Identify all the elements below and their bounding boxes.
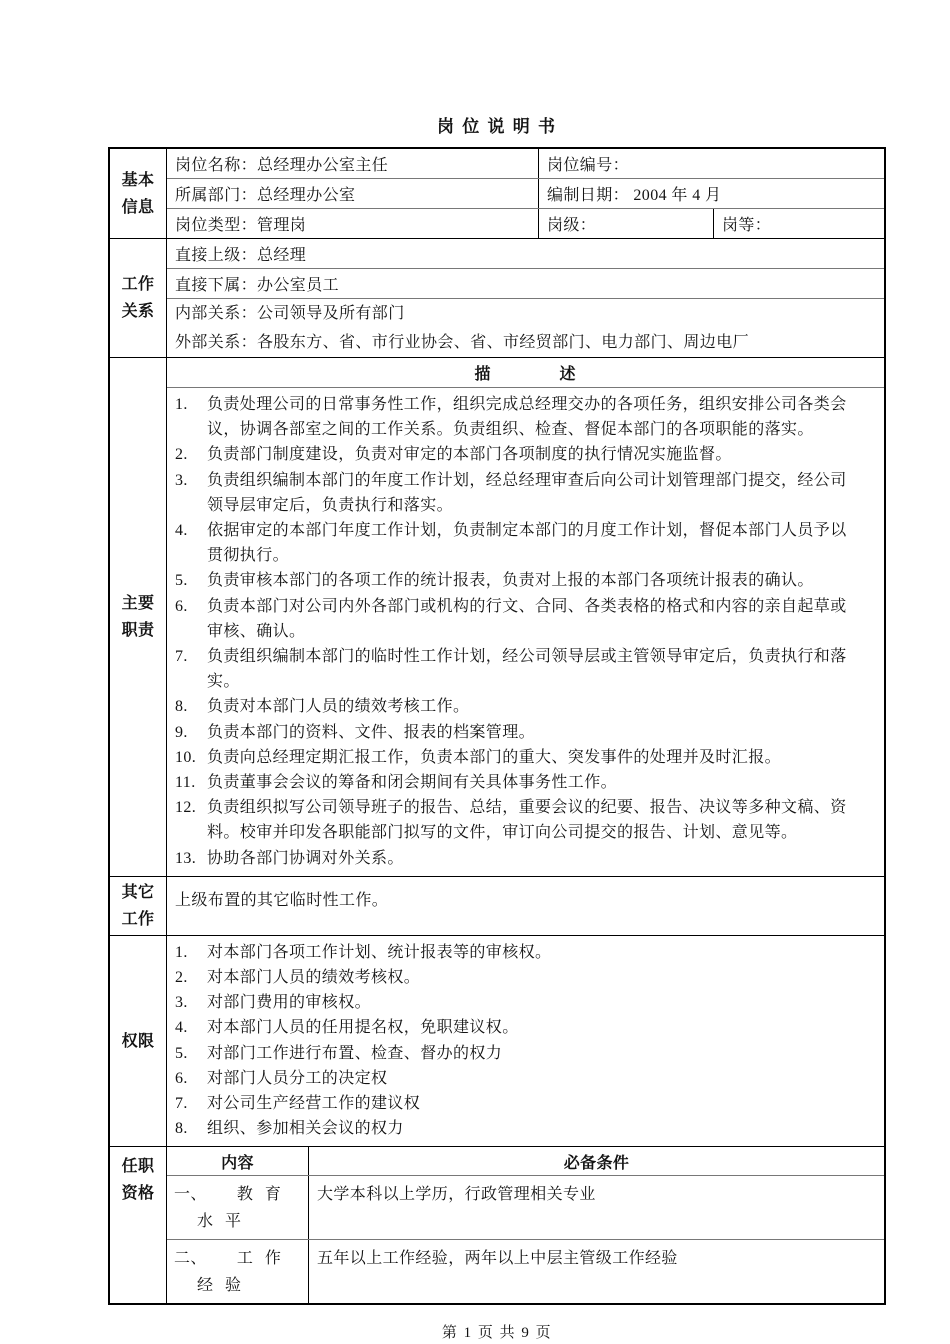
section-work-relations: 工作关系 直接上级：总经理 直接下属：办公室员工 内部关系：公司领导及所有部门 … bbox=[110, 239, 884, 358]
permission-item-text: 对部门人员分工的决定权 bbox=[207, 1066, 858, 1091]
qualification-requirement: 五年以上工作经验，两年以上中层主管级工作经验 bbox=[309, 1240, 884, 1303]
duty-item-number: 12. bbox=[167, 795, 207, 845]
section-basic-info: 基本信息 岗位名称：总经理办公室主任 岗位编号： 所属部门：总经理办公室 编制日… bbox=[110, 149, 884, 239]
relation-row: 直接上级：总经理 bbox=[167, 239, 884, 269]
duty-item-text: 依据审定的本部门年度工作计划，负责制定本部门的月度工作计划，督促本部门人员予以贯… bbox=[207, 518, 858, 568]
page-number: 第 1 页 共 9 页 bbox=[108, 1321, 886, 1342]
qualification-term-text: 教 育 水 平 bbox=[197, 1186, 285, 1230]
permission-item-text: 对本部门各项工作计划、统计报表等的审核权。 bbox=[207, 940, 858, 965]
duty-item-number: 11. bbox=[167, 770, 207, 795]
duty-item-text: 负责部门制度建设，负责对审定的本部门各项制度的执行情况实施监督。 bbox=[207, 442, 858, 467]
qualification-number: 一、 bbox=[174, 1186, 207, 1203]
permission-item-number: 6. bbox=[167, 1066, 207, 1091]
qualifications-header-row: 内容 必备条件 bbox=[167, 1147, 884, 1176]
permission-item-number: 3. bbox=[167, 990, 207, 1015]
duty-item-number: 1. bbox=[167, 392, 207, 442]
duty-item-number: 7. bbox=[167, 644, 207, 694]
duty-item: 8.负责对本部门人员的绩效考核工作。 bbox=[167, 694, 858, 719]
permission-item-number: 1. bbox=[167, 940, 207, 965]
qualifications-requirement-header: 必备条件 bbox=[309, 1147, 884, 1175]
duty-item: 10.负责向总经理定期汇报工作，负责本部门的重大、突发事件的处理并及时汇报。 bbox=[167, 745, 858, 770]
duty-item: 11.负责董事会会议的筹备和闭会期间有关具体事务性工作。 bbox=[167, 770, 858, 795]
permission-item: 3.对部门费用的审核权。 bbox=[167, 990, 858, 1015]
qualification-term-cell: 二、工 作 经 验 bbox=[167, 1240, 309, 1303]
field-position-grade: 岗级： bbox=[539, 209, 714, 238]
permission-item-text: 对公司生产经营工作的建议权 bbox=[207, 1091, 858, 1116]
duty-item-number: 10. bbox=[167, 745, 207, 770]
permission-item: 2.对本部门人员的绩效考核权。 bbox=[167, 965, 858, 990]
qualification-number: 二、 bbox=[174, 1250, 207, 1267]
duty-item: 5.负责审核本部门的各项工作的统计报表，负责对上报的本部门各项统计报表的确认。 bbox=[167, 568, 858, 593]
field-internal-relations: 内部关系：公司领导及所有部门 bbox=[175, 299, 876, 328]
permission-item-text: 对本部门人员的任用提名权，免职建议权。 bbox=[207, 1015, 858, 1040]
qualification-row: 二、工 作 经 验五年以上工作经验，两年以上中层主管级工作经验 bbox=[167, 1240, 884, 1303]
duty-item-number: 13. bbox=[167, 846, 207, 871]
section-label-other-work: 其它工作 bbox=[110, 877, 167, 935]
permission-item-text: 对部门工作进行布置、检查、督办的权力 bbox=[207, 1041, 858, 1066]
field-internal-external-relations: 内部关系：公司领导及所有部门 外部关系：各股东方、省、市行业协会、省、市经贸部门… bbox=[167, 299, 884, 357]
duty-item-text: 负责本部门对公司内外各部门或机构的行文、合同、各类表格的格式和内容的亲自起草或审… bbox=[207, 594, 858, 644]
basic-info-row: 所属部门：总经理办公室 编制日期： 2004 年 4 月 bbox=[167, 179, 884, 209]
document-page: 岗 位 说 明 书 基本信息 岗位名称：总经理办公室主任 岗位编号： 所属部门：… bbox=[0, 0, 950, 1342]
duty-item-number: 2. bbox=[167, 442, 207, 467]
permission-item: 7.对公司生产经营工作的建议权 bbox=[167, 1091, 858, 1116]
section-label-main-duties: 主要职责 bbox=[110, 358, 167, 876]
relation-row: 直接下属：办公室员工 bbox=[167, 269, 884, 299]
section-label-qualifications: 任职资格 bbox=[110, 1147, 167, 1303]
field-position-rank: 岗等： bbox=[714, 209, 884, 238]
permission-item: 5.对部门工作进行布置、检查、督办的权力 bbox=[167, 1041, 858, 1066]
section-main-duties: 主要职责 描 述 1.负责处理公司的日常事务性工作，组织完成总经理交办的各项任务… bbox=[110, 358, 884, 877]
main-duties-body: 描 述 1.负责处理公司的日常事务性工作，组织完成总经理交办的各项任务，组织安排… bbox=[167, 358, 884, 876]
field-position-name: 岗位名称：总经理办公室主任 bbox=[167, 149, 539, 178]
field-direct-superior: 直接上级：总经理 bbox=[167, 239, 884, 268]
field-external-relations: 外部关系：各股东方、省、市行业协会、省、市经贸部门、电力部门、周边电厂 bbox=[175, 328, 876, 357]
basic-info-body: 岗位名称：总经理办公室主任 岗位编号： 所属部门：总经理办公室 编制日期： 20… bbox=[167, 149, 884, 238]
section-permissions: 权限 1.对本部门各项工作计划、统计报表等的审核权。2.对本部门人员的绩效考核权… bbox=[110, 936, 884, 1148]
duty-item-text: 负责本部门的资料、文件、报表的档案管理。 bbox=[207, 720, 858, 745]
duty-item: 13.协助各部门协调对外关系。 bbox=[167, 846, 858, 871]
permission-item-number: 7. bbox=[167, 1091, 207, 1116]
permission-item: 1.对本部门各项工作计划、统计报表等的审核权。 bbox=[167, 940, 858, 965]
duty-item-text: 负责组织编制本部门的年度工作计划，经总经理审查后向公司计划管理部门提交，经公司领… bbox=[207, 468, 858, 518]
basic-info-row: 岗位名称：总经理办公室主任 岗位编号： bbox=[167, 149, 884, 179]
basic-info-row: 岗位类型：管理岗 岗级： 岗等： bbox=[167, 209, 884, 238]
qualification-requirement: 大学本科以上学历，行政管理相关专业 bbox=[309, 1176, 884, 1239]
duty-item: 6.负责本部门对公司内外各部门或机构的行文、合同、各类表格的格式和内容的亲自起草… bbox=[167, 594, 858, 644]
field-department: 所属部门：总经理办公室 bbox=[167, 179, 539, 208]
duty-item-number: 3. bbox=[167, 468, 207, 518]
permissions-list: 1.对本部门各项工作计划、统计报表等的审核权。2.对本部门人员的绩效考核权。3.… bbox=[167, 936, 884, 1147]
duties-description-header: 描 述 bbox=[167, 358, 884, 388]
duty-item: 12.负责组织拟写公司领导班子的报告、总结，重要会议的纪要、报告、决议等多种文稿… bbox=[167, 795, 858, 845]
duty-item: 2.负责部门制度建设，负责对审定的本部门各项制度的执行情况实施监督。 bbox=[167, 442, 858, 467]
qualifications-content-header: 内容 bbox=[167, 1147, 309, 1175]
duty-item-number: 8. bbox=[167, 694, 207, 719]
duty-item-text: 负责对本部门人员的绩效考核工作。 bbox=[207, 694, 858, 719]
qualifications-rows: 一、教 育 水 平大学本科以上学历，行政管理相关专业二、工 作 经 验五年以上工… bbox=[167, 1176, 884, 1303]
duty-item-number: 9. bbox=[167, 720, 207, 745]
duty-item-text: 负责董事会会议的筹备和闭会期间有关具体事务性工作。 bbox=[207, 770, 858, 795]
duty-item-text: 负责审核本部门的各项工作的统计报表，负责对上报的本部门各项统计报表的确认。 bbox=[207, 568, 858, 593]
duty-item-text: 协助各部门协调对外关系。 bbox=[207, 846, 858, 871]
permission-item: 4.对本部门人员的任用提名权，免职建议权。 bbox=[167, 1015, 858, 1040]
field-position-code: 岗位编号： bbox=[539, 149, 884, 178]
duty-item-text: 负责处理公司的日常事务性工作，组织完成总经理交办的各项任务，组织安排公司各类会议… bbox=[207, 392, 858, 442]
relation-row: 内部关系：公司领导及所有部门 外部关系：各股东方、省、市行业协会、省、市经贸部门… bbox=[167, 299, 884, 357]
permission-item-number: 8. bbox=[167, 1116, 207, 1141]
duty-item: 4.依据审定的本部门年度工作计划，负责制定本部门的月度工作计划，督促本部门人员予… bbox=[167, 518, 858, 568]
duties-list: 1.负责处理公司的日常事务性工作，组织完成总经理交办的各项任务，组织安排公司各类… bbox=[167, 388, 884, 876]
duty-item-number: 5. bbox=[167, 568, 207, 593]
section-label-permissions: 权限 bbox=[110, 936, 167, 1147]
permission-item-number: 4. bbox=[167, 1015, 207, 1040]
document-title: 岗 位 说 明 书 bbox=[108, 112, 886, 137]
permission-item-number: 5. bbox=[167, 1041, 207, 1066]
permission-item: 8.组织、参加相关会议的权力 bbox=[167, 1116, 858, 1141]
qualification-term-text: 工 作 经 验 bbox=[197, 1250, 285, 1294]
qualifications-body: 内容 必备条件 一、教 育 水 平大学本科以上学历，行政管理相关专业二、工 作 … bbox=[167, 1147, 884, 1303]
duty-item: 3.负责组织编制本部门的年度工作计划，经总经理审查后向公司计划管理部门提交，经公… bbox=[167, 468, 858, 518]
section-label-basic-info: 基本信息 bbox=[110, 149, 167, 238]
permission-item-text: 对部门费用的审核权。 bbox=[207, 990, 858, 1015]
qualification-term-cell: 一、教 育 水 平 bbox=[167, 1176, 309, 1239]
permission-item-text: 组织、参加相关会议的权力 bbox=[207, 1116, 858, 1141]
job-description-table: 基本信息 岗位名称：总经理办公室主任 岗位编号： 所属部门：总经理办公室 编制日… bbox=[108, 147, 886, 1305]
duty-item: 7.负责组织编制本部门的临时性工作计划，经公司领导层或主管领导审定后，负责执行和… bbox=[167, 644, 858, 694]
other-work-text: 上级布置的其它临时性工作。 bbox=[167, 877, 884, 921]
duty-item: 1.负责处理公司的日常事务性工作，组织完成总经理交办的各项任务，组织安排公司各类… bbox=[167, 392, 858, 442]
section-label-work-relations: 工作关系 bbox=[110, 239, 167, 357]
duty-item-text: 负责向总经理定期汇报工作，负责本部门的重大、突发事件的处理并及时汇报。 bbox=[207, 745, 858, 770]
section-other-work: 其它工作 上级布置的其它临时性工作。 bbox=[110, 877, 884, 936]
section-qualifications: 任职资格 内容 必备条件 一、教 育 水 平大学本科以上学历，行政管理相关专业二… bbox=[110, 1147, 884, 1303]
other-work-body: 上级布置的其它临时性工作。 bbox=[167, 877, 884, 935]
permission-item: 6.对部门人员分工的决定权 bbox=[167, 1066, 858, 1091]
qualification-row: 一、教 育 水 平大学本科以上学历，行政管理相关专业 bbox=[167, 1176, 884, 1240]
duty-item-text: 负责组织编制本部门的临时性工作计划，经公司领导层或主管领导审定后，负责执行和落实… bbox=[207, 644, 858, 694]
permission-item-text: 对本部门人员的绩效考核权。 bbox=[207, 965, 858, 990]
duty-item-text: 负责组织拟写公司领导班子的报告、总结，重要会议的纪要、报告、决议等多种文稿、资料… bbox=[207, 795, 858, 845]
permissions-body: 1.对本部门各项工作计划、统计报表等的审核权。2.对本部门人员的绩效考核权。3.… bbox=[167, 936, 884, 1147]
permission-item-number: 2. bbox=[167, 965, 207, 990]
field-direct-subordinate: 直接下属：办公室员工 bbox=[167, 269, 884, 298]
duty-item: 9.负责本部门的资料、文件、报表的档案管理。 bbox=[167, 720, 858, 745]
duty-item-number: 4. bbox=[167, 518, 207, 568]
field-position-type: 岗位类型：管理岗 bbox=[167, 209, 539, 238]
work-relations-body: 直接上级：总经理 直接下属：办公室员工 内部关系：公司领导及所有部门 外部关系：… bbox=[167, 239, 884, 357]
field-compile-date: 编制日期： 2004 年 4 月 bbox=[539, 179, 884, 208]
duty-item-number: 6. bbox=[167, 594, 207, 644]
